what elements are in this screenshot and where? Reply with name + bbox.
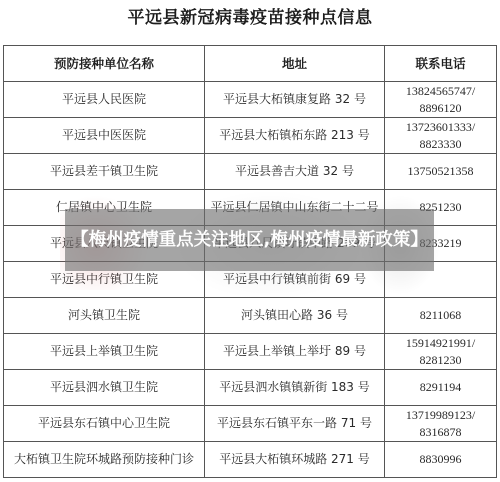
cell-phone: 8830996 bbox=[385, 442, 497, 478]
cell-phone: 13723601333/8823330 bbox=[385, 118, 497, 154]
header-address: 地址 bbox=[205, 46, 385, 82]
table-row: 河头镇卫生院 河头镇田心路 36 号 8211068 bbox=[4, 298, 497, 334]
headline-text: 【梅州疫情重点关注地区,梅州疫情最新政策】 bbox=[69, 229, 431, 252]
cell-unit-name: 平远县泗水镇卫生院 bbox=[4, 370, 205, 406]
cell-address: 平远县大柘镇环城路 271 号 bbox=[205, 442, 385, 478]
cell-phone: 13719989123/8316878 bbox=[385, 406, 497, 442]
cell-unit-name: 平远县东石镇中心卫生院 bbox=[4, 406, 205, 442]
table-row: 平远县泗水镇卫生院 平远县泗水镇镇新街 183 号 8291194 bbox=[4, 370, 497, 406]
header-unit-name: 预防接种单位名称 bbox=[4, 46, 205, 82]
table-row: 平远县东石镇中心卫生院 平远县东石镇平东一路 71 号 13719989123/… bbox=[4, 406, 497, 442]
cell-unit-name: 平远县差干镇卫生院 bbox=[4, 154, 205, 190]
headline-overlay-banner[interactable]: 【梅州疫情重点关注地区,梅州疫情最新政策】 bbox=[65, 209, 434, 271]
cell-phone: 8291194 bbox=[385, 370, 497, 406]
cell-address: 平远县上举镇上举圩 89 号 bbox=[205, 334, 385, 370]
cell-unit-name: 平远县人民医院 bbox=[4, 82, 205, 118]
cell-unit-name: 河头镇卫生院 bbox=[4, 298, 205, 334]
table-row: 平远县人民医院 平远县大柘镇康复路 32 号 13824565747/88961… bbox=[4, 82, 497, 118]
table-row: 大柘镇卫生院环城路预防接种门诊 平远县大柘镇环城路 271 号 8830996 bbox=[4, 442, 497, 478]
table-row: 平远县上举镇卫生院 平远县上举镇上举圩 89 号 15914921991/828… bbox=[4, 334, 497, 370]
cell-address: 河头镇田心路 36 号 bbox=[205, 298, 385, 334]
header-phone: 联系电话 bbox=[385, 46, 497, 82]
cell-phone: 8211068 bbox=[385, 298, 497, 334]
cell-address: 平远县泗水镇镇新街 183 号 bbox=[205, 370, 385, 406]
cell-address: 平远县东石镇平东一路 71 号 bbox=[205, 406, 385, 442]
cell-phone: 13750521358 bbox=[385, 154, 497, 190]
table-header-row: 预防接种单位名称 地址 联系电话 bbox=[4, 46, 497, 82]
cell-phone: 15914921991/8281230 bbox=[385, 334, 497, 370]
document-title: 平远县新冠病毒疫苗接种点信息 bbox=[0, 3, 500, 28]
cell-phone: 13824565747/8896120 bbox=[385, 82, 497, 118]
table-row: 平远县差干镇卫生院 平远县善吉大道 32 号 13750521358 bbox=[4, 154, 497, 190]
table-row: 平远县中医医院 平远县大柘镇柘东路 213 号 13723601333/8823… bbox=[4, 118, 497, 154]
cell-address: 平远县大柘镇康复路 32 号 bbox=[205, 82, 385, 118]
cell-address: 平远县大柘镇柘东路 213 号 bbox=[205, 118, 385, 154]
cell-unit-name: 平远县上举镇卫生院 bbox=[4, 334, 205, 370]
cell-unit-name: 大柘镇卫生院环城路预防接种门诊 bbox=[4, 442, 205, 478]
cell-address: 平远县善吉大道 32 号 bbox=[205, 154, 385, 190]
cell-unit-name: 平远县中医医院 bbox=[4, 118, 205, 154]
